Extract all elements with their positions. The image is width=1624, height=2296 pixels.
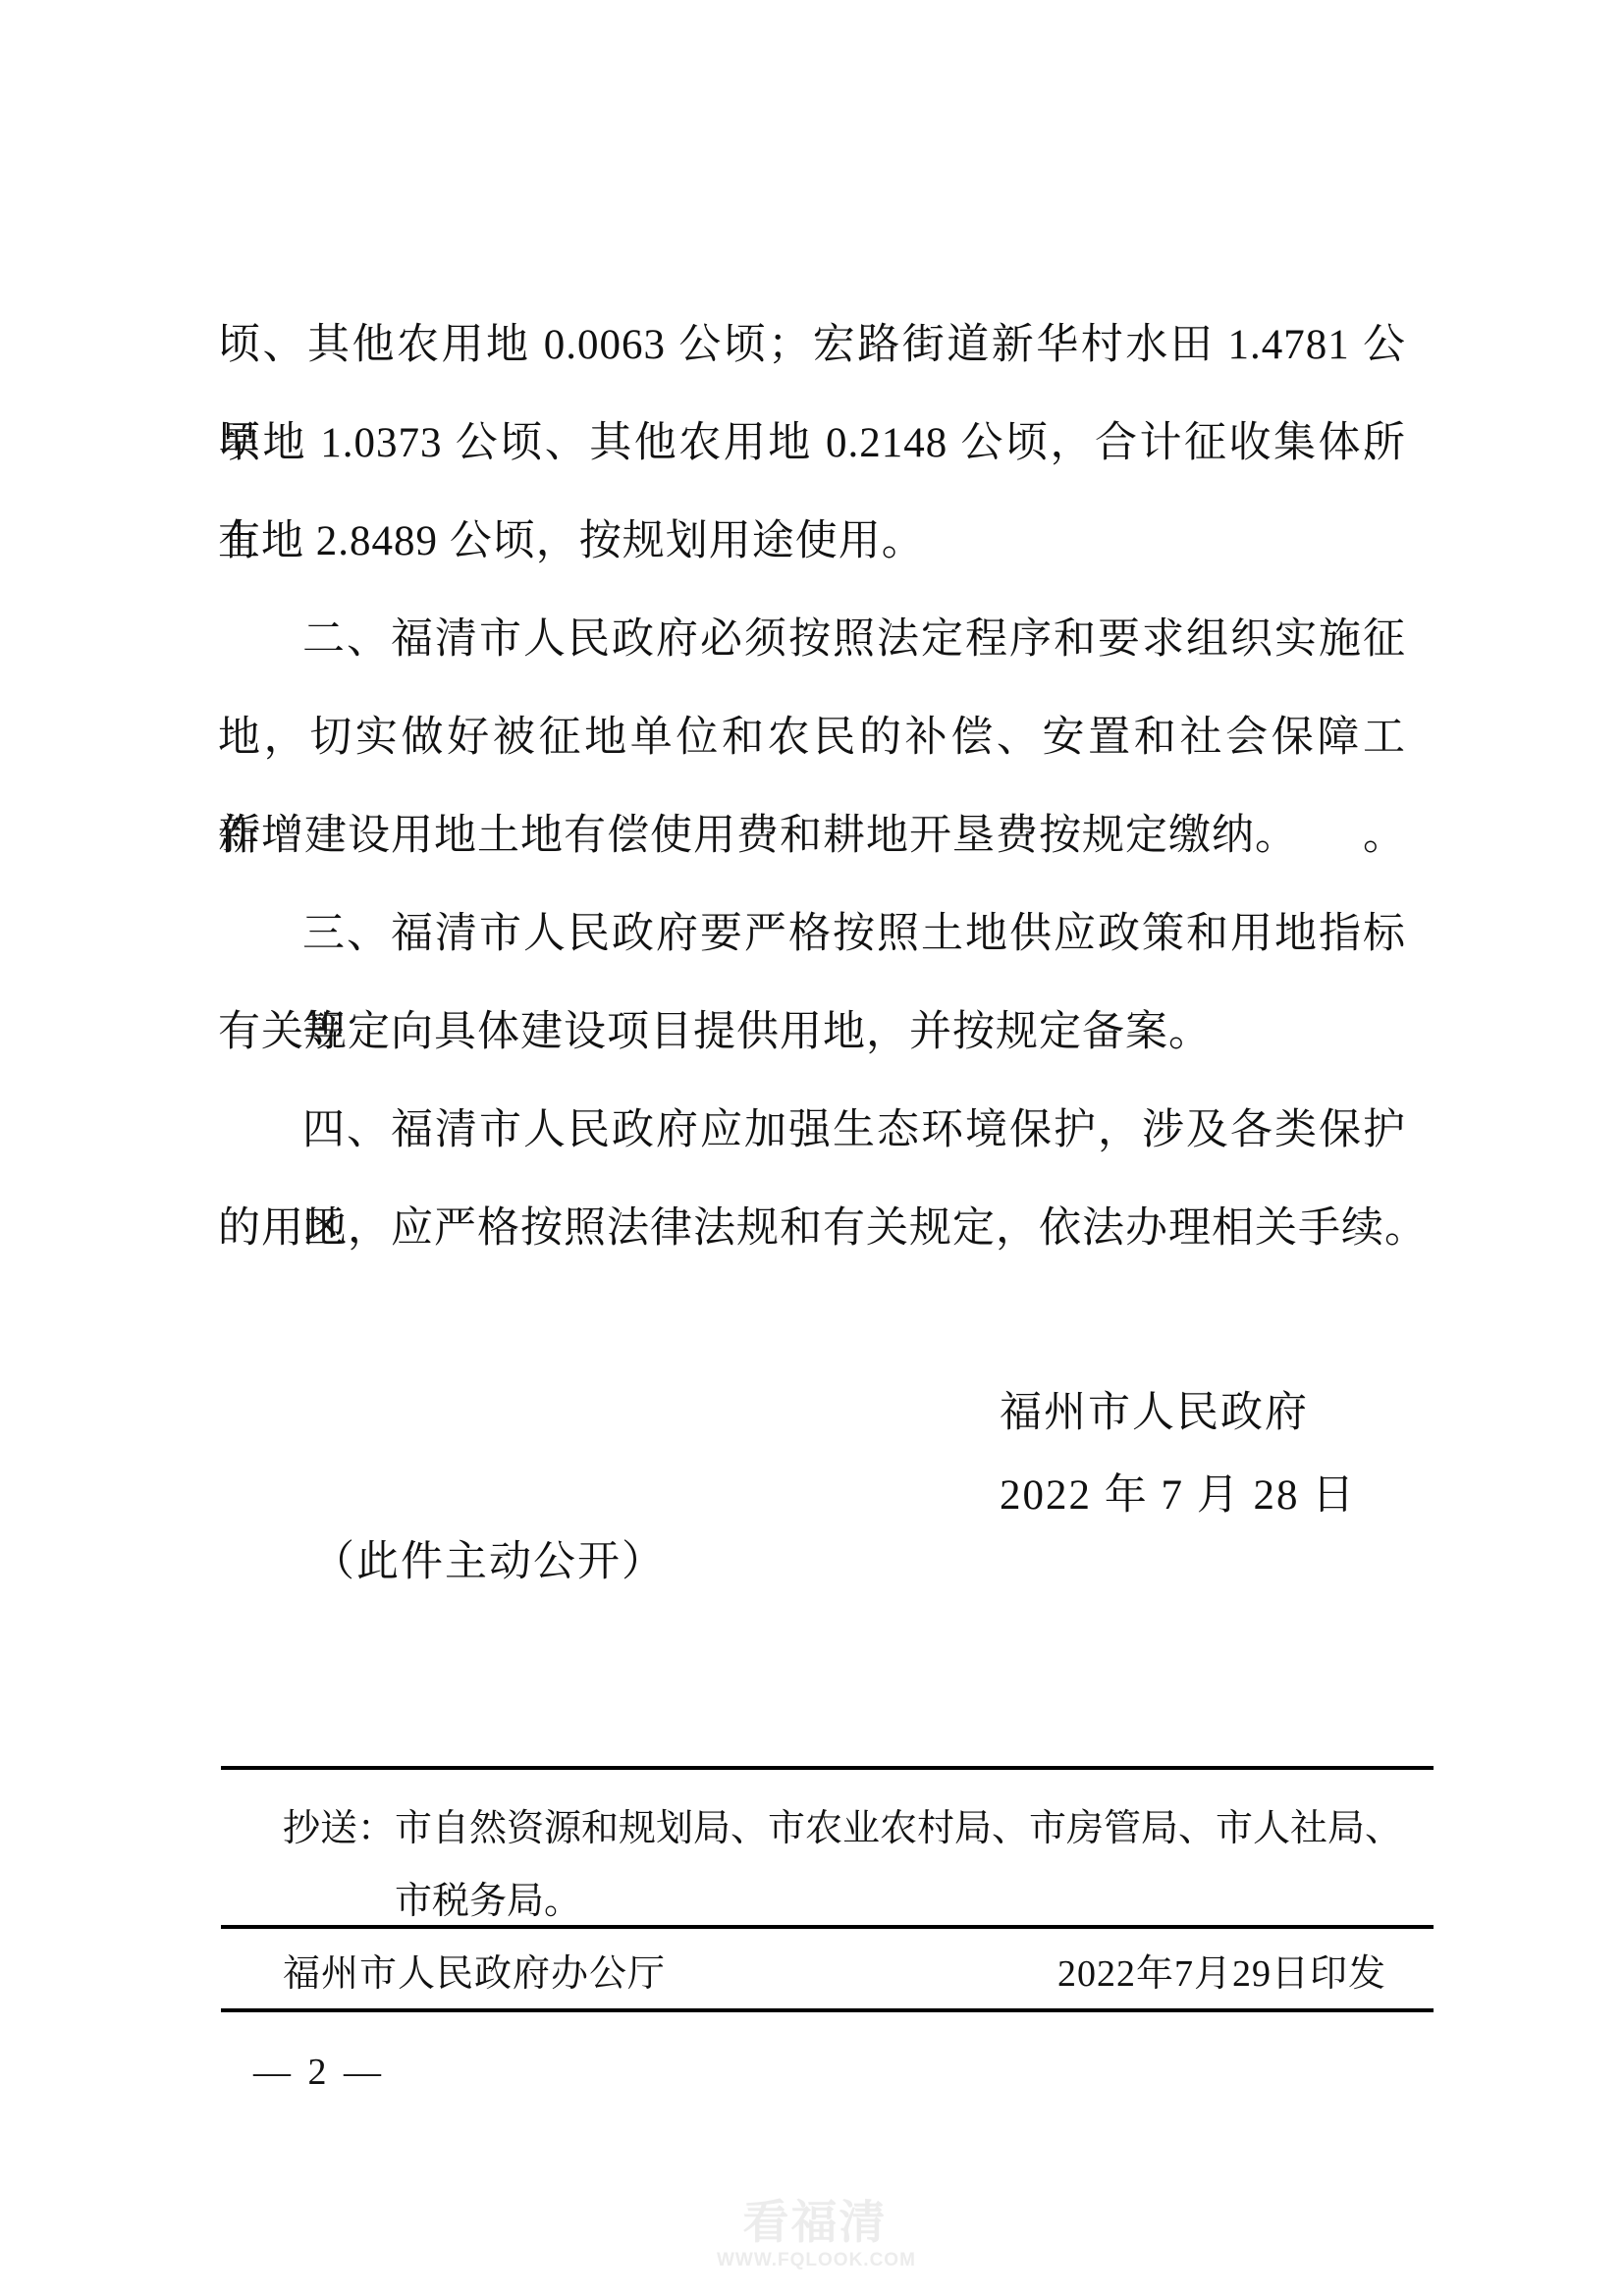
cc-block: 抄送： 市自然资源和规划局、市农业农村局、市房管局、市人社局、 市税务局。 bbox=[283, 1792, 1422, 1938]
body-line: 的用地，应严格按照法律法规和有关规定，依法办理相关手续。 bbox=[218, 1180, 1406, 1278]
document-page: 顷、其他农用地 0.0063 公顷；宏路街道新华村水田 1.4781 公顷、 旱… bbox=[0, 0, 1624, 2296]
body-line: 有关规定向具体建设项目提供用地，并按规定备案。 bbox=[218, 984, 1406, 1082]
issuer-row: 福州市人民政府办公厅 2022年7月29日印发 bbox=[283, 1942, 1386, 2006]
body-line: 顷、其他农用地 0.0063 公顷；宏路街道新华村水田 1.4781 公顷、 bbox=[218, 296, 1406, 395]
watermark-url: WWW.FQLOOK.COM bbox=[717, 2248, 913, 2273]
body-line: 二、福清市人民政府必须按照法定程序和要求组织实施征 bbox=[218, 591, 1406, 689]
signature-date: 2022 年 7 月 28 日 bbox=[1000, 1455, 1356, 1537]
footer-rule-top bbox=[221, 1766, 1434, 1770]
footer-rule-middle bbox=[221, 1925, 1434, 1929]
page-number: — 2 — bbox=[253, 2048, 385, 2097]
watermark-title: 看福清 bbox=[717, 2199, 913, 2248]
body-line: 土地 2.8489 公顷，按规划用途使用。 bbox=[218, 493, 1406, 591]
body-line: 四、福清市人民政府应加强生态环境保护，涉及各类保护区 bbox=[218, 1082, 1406, 1180]
cc-lines: 市自然资源和规划局、市农业农村局、市房管局、市人社局、 市税务局。 bbox=[395, 1792, 1422, 1938]
cc-line: 市自然资源和规划局、市农业农村局、市房管局、市人社局、 bbox=[395, 1792, 1422, 1865]
document-body: 顷、其他农用地 0.0063 公顷；宏路街道新华村水田 1.4781 公顷、 旱… bbox=[218, 296, 1406, 1278]
cc-label: 抄送： bbox=[283, 1792, 395, 1865]
disclosure-note: （此件主动公开） bbox=[312, 1533, 666, 1592]
issuer-print-date: 2022年7月29日印发 bbox=[1057, 1942, 1386, 2006]
signature-block: 福州市人民政府 2022 年 7 月 28 日 bbox=[1000, 1372, 1356, 1537]
issuer-office: 福州市人民政府办公厅 bbox=[283, 1942, 666, 2006]
body-line: 地，切实做好被征地单位和农民的补偿、安置和社会保障工作。 bbox=[218, 689, 1406, 787]
signature-org: 福州市人民政府 bbox=[1000, 1372, 1356, 1455]
watermark: 看福清 WWW.FQLOOK.COM bbox=[717, 2199, 913, 2273]
body-line: 旱地 1.0373 公顷、其他农用地 0.2148 公顷，合计征收集体所有 bbox=[218, 395, 1406, 493]
footer-rule-bottom bbox=[221, 2008, 1434, 2012]
body-line: 新增建设用地土地有偿使用费和耕地开垦费按规定缴纳。 bbox=[218, 787, 1406, 885]
body-line: 三、福清市人民政府要严格按照土地供应政策和用地指标等 bbox=[218, 885, 1406, 984]
